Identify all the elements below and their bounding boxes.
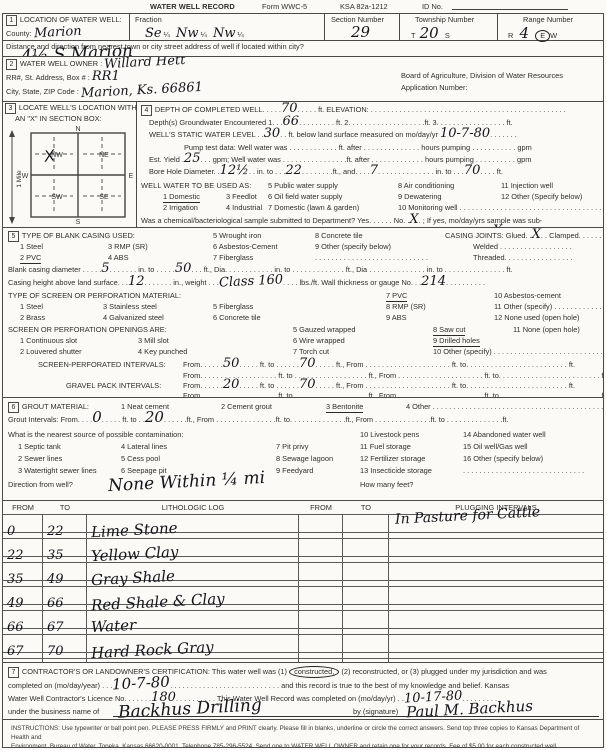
openings-option-5: 5 Gauzed wrapped: [293, 324, 355, 335]
casing-option-6: 6 Asbestos-Cement: [213, 241, 278, 252]
divider: [497, 14, 498, 40]
use-option-8: 8 Air conditioning: [398, 180, 454, 191]
use-title: WELL WATER TO BE USED AS:: [141, 181, 251, 190]
section-number-badge: 6: [8, 402, 19, 413]
range-field: R 4 EW: [508, 31, 557, 40]
township-value: 20: [420, 24, 439, 42]
grout-to-value: 20: [145, 408, 164, 426]
owner-title: WATER WELL OWNER :: [20, 59, 102, 68]
bore-mid-2: . . . . . . . .ft., and. . . .: [302, 167, 370, 176]
casing-joints-label: CASING JOINTS: Glued. .: [445, 231, 532, 240]
se-quadrant-label: SE: [99, 194, 109, 201]
yield-tail: . . . gpm; Well water was . . . . . . . …: [200, 155, 531, 164]
use-option-9: 9 Dewatering: [398, 191, 442, 202]
tail: . . . . . ft., From . . . . . . . . . . …: [316, 360, 576, 369]
sample-no-x-mark: X: [409, 212, 418, 227]
grout-option-3-bentonite-selected: 3 Bentonite: [326, 401, 363, 413]
static-level-value: 30: [264, 126, 281, 141]
w-label: W: [550, 31, 557, 40]
section-box-panel: 3LOCATE WELL'S LOCATION WITH AN "X" IN S…: [5, 103, 135, 227]
static-mid: . . ft. below land surface measured on m…: [280, 130, 438, 139]
sw-quadrant-label: SW: [51, 194, 63, 201]
col-from: FROM: [299, 501, 343, 514]
bore-diameter-1: 12½: [220, 163, 249, 178]
ht-tail: . . . . . . . . . .: [446, 278, 485, 287]
dia-tail: . . . ft., Dia. . . . . . . . . . . . in…: [191, 265, 512, 274]
bore-tail: . . . . ft.: [480, 167, 503, 176]
joints-tail: . . Clamped. . . . . .: [541, 231, 601, 240]
ht-mid-1: . . . . . . . in., weight . . .: [145, 278, 219, 287]
screen-option-9: 9 ABS: [386, 312, 407, 323]
s-label: S: [445, 31, 450, 40]
use-option-4: 4 Industrial: [226, 202, 262, 213]
lithologic-table: FROM TO LITHOLOGIC LOG FROM TO PLUGGING …: [3, 500, 603, 663]
r-label: R: [508, 31, 513, 40]
form-number: Form WWC-5: [262, 2, 307, 11]
log-to: 70: [47, 644, 64, 659]
openings-option-4: 4 Key punched: [138, 346, 187, 357]
instructions-line-2: Environment, Bureau of Water, Topeka, Ka…: [11, 742, 595, 748]
screen-option-2: 2 Brass: [20, 312, 45, 323]
use-option-11: 11 Injection well: [501, 180, 553, 191]
openings-option-6: 6 Wire wrapped: [293, 335, 345, 346]
id-underline: [452, 9, 568, 10]
certification-text-2: (2) reconstructed, or (3) plugged under …: [341, 667, 546, 676]
screen-material-title: TYPE OF SCREEN OR PERFORATION MATERIAL:: [8, 291, 181, 300]
contam-option-9: 9 Feedyard: [276, 465, 313, 476]
from-label: From. . . . . .: [183, 360, 223, 369]
county-label: County:: [6, 29, 31, 38]
use-option-7: 7 Domestic (lawn & garden): [268, 202, 359, 213]
casing-option-2-pvc-selected: 2 PVC: [20, 252, 41, 264]
openings-title: SCREEN OR PERFORATION OPENINGS ARE:: [8, 325, 167, 334]
well-completed-date: 10-7-80: [112, 681, 170, 684]
range-label: Range Number: [523, 15, 573, 24]
casing-title: TYPE OF BLANK CASING USED:: [22, 231, 135, 240]
screen-option-6: 6 Concrete tile: [213, 312, 261, 323]
openings-option-2: 2 Louvered shutter: [20, 346, 82, 357]
locate-title-2: AN "X" IN SECTION BOX:: [15, 114, 135, 123]
address-label: RR#, St. Address, Box # :: [6, 73, 90, 82]
divider: [399, 14, 400, 40]
casing-other-blank: . . . . . . . . . . . . . . . . . . . . …: [315, 252, 428, 263]
screen-option-11: 11 Other (specify) . . . . . . . . . . .…: [494, 301, 604, 312]
county-value: Marion: [34, 32, 82, 34]
groundwater-label: Depth(s) Groundwater Encountered 1. . .: [149, 118, 283, 127]
direction-value: None Within ¼ mi: [108, 478, 265, 486]
log-from: 35: [7, 572, 24, 587]
casing-weight-value: Class 160: [219, 280, 283, 283]
fraction-value: Se ¼ Nw ¼ Nw ¼: [145, 30, 244, 39]
threaded-label: Threaded. . . . . . . . . . . . . . . . …: [473, 252, 572, 263]
openings-option-10: 10 Other (specify) . . . . . . . . . . .…: [433, 346, 604, 357]
id-label: ID No.: [422, 2, 443, 11]
casing-option-1: 1 Steel: [20, 241, 43, 252]
use-option-12: 12 Other (Specify below): [501, 191, 582, 202]
casing-height-label: Casing height above land surface. . .: [8, 278, 128, 287]
casing-option-4: 4 ABS: [108, 252, 129, 263]
city-field: City, State, ZIP Code : Marion, Ks. 6686…: [6, 87, 203, 96]
signature-value: Paul M. Backhus: [406, 706, 533, 713]
casing-section: 5TYPE OF BLANK CASING USED: 5 Wrought ir…: [2, 227, 604, 398]
direction-label: Direction from well?: [8, 480, 73, 489]
casing-option-9: 9 Other (specify below): [315, 241, 391, 252]
north-label: N: [75, 126, 80, 133]
from-label: From. . . . . .: [183, 381, 223, 390]
screen-option-5: 5 Fiberglass: [213, 301, 253, 312]
log-desc: Red Shale & Clay: [91, 599, 225, 606]
signature-line: [113, 716, 599, 717]
business-name-value: Backhus Drilling: [118, 705, 262, 713]
log-to: 49: [47, 572, 64, 587]
instructions-footer: INSTRUCTIONS: Use typewriter or ball poi…: [2, 719, 604, 748]
divider: [136, 102, 137, 227]
grout-option-2: 2 Cement grout: [221, 401, 272, 412]
contam-option-14: 14 Abandoned water well: [463, 429, 546, 440]
groundwater-depth-1: 66: [283, 114, 300, 129]
locate-title-1: LOCATE WELL'S LOCATION WITH: [19, 103, 137, 112]
col-to: TO: [43, 501, 87, 514]
log-from: 22: [7, 548, 24, 563]
contam-option-3: 3 Watertight sewer lines: [18, 465, 97, 476]
contam-option-1: 1 Septic tank: [18, 441, 61, 452]
yield-label: Est. Yield .: [149, 155, 184, 164]
location-title: LOCATION OF WATER WELL:: [20, 15, 122, 24]
plugging-note-value: In Pasture for Cattle: [395, 512, 540, 520]
casing-diameter-value: 5: [101, 261, 109, 276]
fraction-3: Nw: [213, 26, 236, 41]
use-option-6: 6 Oil field water supply: [268, 191, 342, 202]
sample-question: Was a chemical/bacteriological sample su…: [141, 216, 409, 225]
east-label: E: [129, 173, 134, 180]
static-level-label: WELL'S STATIC WATER LEVEL . .: [149, 130, 264, 139]
t-label: T: [411, 31, 416, 40]
sp-to-value: 70: [299, 356, 316, 371]
county-field: County: Marion: [6, 29, 81, 38]
agency-label: Board of Agriculture, Division of Water …: [401, 71, 563, 80]
mid: . . . . . ft. to . . . . . .: [239, 381, 299, 390]
address-field: RR#, St. Address, Box # : RR1: [6, 73, 120, 82]
bore-depth-1: 22: [285, 163, 302, 178]
contam-option-10: 10 Livestock pens: [360, 429, 419, 440]
form-title: WATER WELL RECORD: [150, 2, 235, 11]
section-box-diagram: 1 Mile N S W E NW NE SW SE X: [5, 123, 135, 225]
divider: [129, 14, 130, 40]
screen-option-12: 12 None used (open hole): [494, 312, 579, 323]
contam-option-5: 5 Cess pool: [121, 453, 160, 464]
city-value: Marion, Ks. 66861: [81, 88, 203, 94]
openings-option-1: 1 Continuous slot: [20, 335, 77, 346]
col-to: TO: [343, 501, 389, 514]
contam-option-12: 12 Fertilizer storage: [360, 453, 425, 464]
fraction-2: Nw: [176, 26, 199, 41]
contam-option-8: 8 Sewage lagoon: [276, 453, 333, 464]
use-option-2: 2 Irrigation: [163, 202, 198, 213]
log-desc: Water: [91, 625, 136, 627]
casing-option-8: 8 Concrete tile: [315, 230, 363, 241]
ksa-number: KSA 82a-1212: [340, 2, 388, 11]
tail: . . . . . ft., From . . . . . . . . . . …: [316, 381, 576, 390]
contam-option-11: 11 Fuel storage: [360, 441, 411, 452]
use-option-3: 3 Feedlot: [226, 191, 257, 202]
contam-other-blank: . . . . . . . . . . . . . . . . . . . . …: [463, 465, 584, 476]
grout-from-value: 0: [92, 408, 102, 426]
location-diagram-and-well-data: 3LOCATE WELL'S LOCATION WITH AN "X" IN S…: [2, 101, 604, 228]
feet-label: How many feet?: [360, 479, 413, 490]
bore-mid-3: . . . . . . . . . . . . . . in. to . . .: [378, 167, 464, 176]
welded-label: Welded . . . . . . . . . . . . . . . . .…: [473, 241, 572, 252]
contamination-question: What is the nearest source of possible c…: [8, 430, 183, 439]
owner-section: 2WATER WELL OWNER : Willard Hett RR#, St…: [2, 56, 604, 102]
log-row: 67 70 Hard Rock Gray: [3, 634, 603, 652]
grout-intervals-label: Grout Intervals: From. . . .: [8, 415, 92, 424]
completed-on-label: completed on (mo/day/year) . . .: [8, 681, 112, 690]
range-value: 4: [520, 24, 530, 42]
west-label: W: [22, 173, 29, 180]
log-from: 0: [7, 524, 15, 539]
mid: . . . . . ft. to . . . . . .: [239, 360, 299, 369]
well-data-panel: 4DEPTH OF COMPLETED WELL. . . . .70. . .…: [139, 102, 601, 228]
openings-option-3: 3 Mill slot: [138, 335, 169, 346]
divider: [3, 40, 603, 41]
log-desc: Hard Rock Gray: [91, 647, 214, 653]
quarter-glyph: ¼: [201, 30, 207, 39]
divider: [324, 14, 325, 40]
owner-name-value: Willard Hett: [104, 61, 185, 65]
screen-option-1: 1 Steel: [20, 301, 43, 312]
record-completed-date: 10-17-80: [404, 696, 462, 699]
section-number-badge: 5: [8, 231, 19, 242]
section-number-badge: 3: [5, 103, 16, 114]
screen-option-10: 10 Asbestos-cement: [494, 290, 561, 301]
fraction-label: Fraction: [135, 15, 162, 24]
col-lithologic-log: LITHOLOGIC LOG: [87, 501, 299, 514]
static-tail: . . . . . . .: [490, 130, 517, 139]
col-from: FROM: [3, 501, 43, 514]
gauge-value: 214: [421, 274, 446, 289]
section-number-badge: 1: [6, 15, 17, 26]
yield-value: 25: [184, 151, 201, 166]
log-to: 67: [47, 620, 64, 635]
instructions-line-1: INSTRUCTIONS: Use typewriter or ball poi…: [11, 724, 595, 742]
log-to: 35: [47, 548, 64, 563]
contam-option-4: 4 Lateral lines: [121, 441, 167, 452]
township-label: Township Number: [415, 15, 474, 24]
casing-height-value: 12: [128, 274, 145, 289]
screen-perforated-intervals-label: SCREEN-PERFORATED INTERVALS:: [38, 359, 166, 370]
bore-diameter-2: 7: [370, 163, 378, 178]
use-option-5: 5 Public water supply: [268, 180, 338, 191]
ne-quadrant-label: NE: [99, 152, 109, 159]
log-desc: Yellow Clay: [91, 552, 178, 557]
log-from: 67: [7, 644, 24, 659]
glued-x-mark: X: [532, 227, 541, 242]
log-to: 66: [47, 596, 64, 611]
address-value: RR1: [92, 69, 120, 84]
grout-option-4: 4 Other . . . . . . . . . . . . . . . . …: [406, 401, 604, 412]
contam-option-7: 7 Pit privy: [276, 441, 308, 452]
bore-mid-1: . . in. to . . .: [249, 167, 286, 176]
water-well-record-form: WATER WELL RECORD Form WWC-5 KSA 82a-121…: [0, 0, 606, 750]
static-measured-date: 10-7-80: [440, 126, 490, 141]
screen-option-3: 3 Stainless steel: [103, 301, 157, 312]
log-from: 66: [7, 620, 24, 635]
constructed-circled: constructed,: [289, 666, 339, 678]
south-label: S: [76, 219, 81, 225]
form-title-text: WATER WELL RECORD: [150, 2, 235, 11]
mid: . . . . . ft. to . .: [102, 415, 145, 424]
business-name-label: under the business name of: [8, 707, 99, 716]
depth-tail: . . . . . ft. ELEVATION: . . . . . . . .…: [298, 105, 566, 114]
openings-option-11: 11 None (open hole): [513, 324, 580, 335]
contam-option-13: 13 Insecticide storage: [360, 465, 432, 476]
fraction-1: Se: [145, 26, 162, 41]
section-number-badge: 2: [6, 59, 17, 70]
location-section: 1LOCATION OF WATER WELL: County: Marion …: [2, 13, 604, 57]
sample-tail: . ; If yes, mo/day/yrs sample was sub-: [419, 216, 543, 225]
bore-depth-2: 70: [464, 163, 481, 178]
casing-depth-value: 50: [175, 261, 192, 276]
log-to: 22: [47, 524, 64, 539]
township-field: T 20 S: [411, 31, 450, 40]
application-number-label: Application Number:: [401, 83, 468, 92]
depth-label: DEPTH OF COMPLETED WELL. . . . .: [155, 105, 281, 114]
section-number-badge: 7: [8, 667, 19, 678]
grout-and-log-section: 6GROUT MATERIAL: 1 Neat cement 2 Cement …: [2, 397, 604, 663]
contam-option-16: 16 Other (specify below): [463, 453, 543, 464]
ht-mid-2: . . . . lbs./ft. Wall thickness or gauge…: [283, 278, 421, 287]
pump-test-line: Pump test data: Well water was . . . . .…: [184, 142, 598, 153]
screen-option-4: 4 Galvanized steel: [103, 312, 164, 323]
dia-mid: . . . . . . . in. to . . . . .: [110, 265, 175, 274]
log-desc: Lime Stone: [91, 528, 177, 533]
log-desc: Gray Shale: [91, 576, 175, 580]
tail: . . . . . .ft., From . . . . . . . . . .…: [164, 415, 509, 424]
contam-option-2: 2 Sewer lines: [18, 453, 62, 464]
casing-option-5: 5 Wrought iron: [213, 230, 261, 241]
casing-option-3: 3 RMP (SR): [108, 241, 148, 252]
certification-section: 7CONTRACTOR'S OR LANDOWNER'S CERTIFICATI…: [2, 662, 604, 720]
grout-title: GROUT MATERIAL:: [22, 402, 89, 411]
quarter-glyph: ¼: [238, 30, 244, 39]
log-from: 49: [7, 596, 24, 611]
city-label: City, State, ZIP Code :: [6, 87, 79, 96]
screen-option-8: 8 RMP (SR): [386, 301, 426, 312]
casing-option-7: 7 Fiberglass: [213, 252, 253, 263]
section-number-badge: 4: [141, 105, 152, 116]
gravel-pack-intervals-label: GRAVEL PACK INTERVALS:: [66, 380, 161, 391]
use-option-10: 10 Monitoring well . . . . . . . . . . .…: [398, 202, 604, 213]
contam-option-15: 15 Oil well/Gas well: [463, 441, 527, 452]
sp-from-value: 50: [223, 356, 240, 371]
bore-diameter-label: Bore Hole Diameter. .: [149, 167, 220, 176]
quarter-glyph: ¼: [164, 30, 170, 39]
casing-diameter-label: Blank casing diameter . . . . .: [8, 265, 101, 274]
section-number-value: 29: [351, 23, 370, 41]
